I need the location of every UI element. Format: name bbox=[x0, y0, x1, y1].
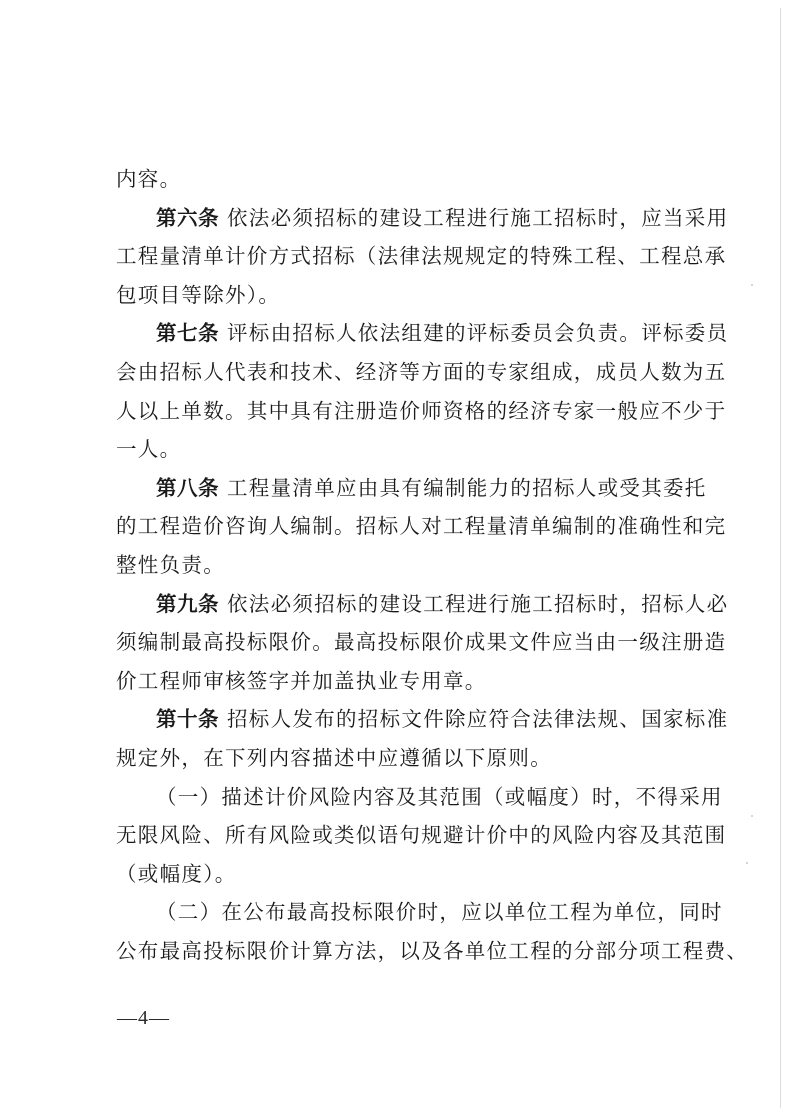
page-number: —4— bbox=[117, 1007, 170, 1030]
text-line: （二）在公布最高投标限价时，应以单位工程为单位，同时 bbox=[116, 893, 696, 932]
line-text: （二）在公布最高投标限价时，应以单位工程为单位，同时 bbox=[156, 900, 723, 924]
line-text: 一人。 bbox=[116, 437, 181, 461]
scan-speck bbox=[751, 284, 753, 286]
document-page: 内容。 第六条依法必须招标的建设工程进行施工招标时，应当采用 工程量清单计价方式… bbox=[0, 0, 791, 1119]
line-text: 包项目等除外）。 bbox=[116, 283, 280, 307]
line-text: 依法必须招标的建设工程进行施工招标时，招标人必 bbox=[227, 592, 728, 616]
text-line: 价工程师审核签字并加盖执业专用章。 bbox=[116, 662, 696, 701]
text-line: 规定外，在下列内容描述中应遵循以下原则。 bbox=[116, 739, 696, 778]
text-line: 工程量清单计价方式招标（法律法规规定的特殊工程、工程总承 bbox=[116, 237, 696, 276]
line-text: 价工程师审核签字并加盖执业专用章。 bbox=[116, 669, 487, 693]
line-text: 规定外，在下列内容描述中应遵循以下原则。 bbox=[116, 746, 552, 770]
text-line: 无限风险、所有风险或类似语句规避计价中的风险内容及其范围 bbox=[116, 816, 696, 855]
line-text: 人以上单数。其中具有注册造价师资格的经济专家一般应不少于 bbox=[116, 399, 726, 423]
article-number: 第八条 bbox=[156, 476, 219, 500]
article-number: 第十条 bbox=[156, 707, 219, 731]
line-text: 公布最高投标限价计算方法，以及各单位工程的分部分项工程费、 bbox=[116, 939, 748, 963]
text-line: 公布最高投标限价计算方法，以及各单位工程的分部分项工程费、 bbox=[116, 932, 696, 971]
line-text: 工程量清单计价方式招标（法律法规规定的特殊工程、工程总承 bbox=[116, 244, 726, 268]
text-line: （一）描述计价风险内容及其范围（或幅度）时，不得采用 bbox=[116, 778, 696, 817]
line-text: 依法必须招标的建设工程进行施工招标时，应当采用 bbox=[227, 206, 728, 230]
text-line: 第七条评标由招标人依法组建的评标委员会负责。评标委员 bbox=[116, 314, 696, 353]
line-text: 的工程造价咨询人编制。招标人对工程量清单编制的准确性和完 bbox=[116, 514, 726, 538]
line-text: 招标人发布的招标文件除应符合法律法规、国家标准 bbox=[227, 707, 728, 731]
text-line: 须编制最高投标限价。最高投标限价成果文件应当由一级注册造 bbox=[116, 623, 696, 662]
article-number: 第九条 bbox=[156, 592, 219, 616]
text-line: 会由招标人代表和技术、经济等方面的专家组成，成员人数为五 bbox=[116, 353, 696, 392]
article-number: 第七条 bbox=[156, 321, 219, 345]
text-line: 整性负责。 bbox=[116, 546, 696, 585]
line-text: （一）描述计价风险内容及其范围（或幅度）时，不得采用 bbox=[156, 785, 723, 809]
text-line: 第八条工程量清单应由具有编制能力的招标人或受其委托 bbox=[116, 469, 696, 508]
line-text: 无限风险、所有风险或类似语句规避计价中的风险内容及其范围 bbox=[116, 823, 726, 847]
text-line: 第九条依法必须招标的建设工程进行施工招标时，招标人必 bbox=[116, 585, 696, 624]
line-text: 须编制最高投标限价。最高投标限价成果文件应当由一级注册造 bbox=[116, 630, 726, 654]
text-line: 内容。 bbox=[116, 160, 696, 199]
line-text: 内容。 bbox=[116, 167, 181, 191]
text-line: （或幅度）。 bbox=[116, 855, 696, 894]
scan-edge-line bbox=[780, 8, 781, 1108]
text-line: 第六条依法必须招标的建设工程进行施工招标时，应当采用 bbox=[116, 199, 696, 238]
document-body: 内容。 第六条依法必须招标的建设工程进行施工招标时，应当采用 工程量清单计价方式… bbox=[116, 160, 696, 970]
text-line: 的工程造价咨询人编制。招标人对工程量清单编制的准确性和完 bbox=[116, 507, 696, 546]
scan-speck bbox=[746, 862, 748, 864]
line-text: （或幅度）。 bbox=[116, 862, 237, 886]
text-line: 一人。 bbox=[116, 430, 696, 469]
line-text: 会由招标人代表和技术、经济等方面的专家组成，成员人数为五 bbox=[116, 360, 726, 384]
text-line: 第十条招标人发布的招标文件除应符合法律法规、国家标准 bbox=[116, 700, 696, 739]
line-text: 评标由招标人依法组建的评标委员会负责。评标委员 bbox=[227, 321, 728, 345]
line-text: 工程量清单应由具有编制能力的招标人或受其委托 bbox=[227, 476, 707, 500]
text-line: 人以上单数。其中具有注册造价师资格的经济专家一般应不少于 bbox=[116, 392, 696, 431]
article-number: 第六条 bbox=[156, 206, 219, 230]
line-text: 整性负责。 bbox=[116, 553, 225, 577]
text-line: 包项目等除外）。 bbox=[116, 276, 696, 315]
scan-speck bbox=[751, 815, 753, 817]
